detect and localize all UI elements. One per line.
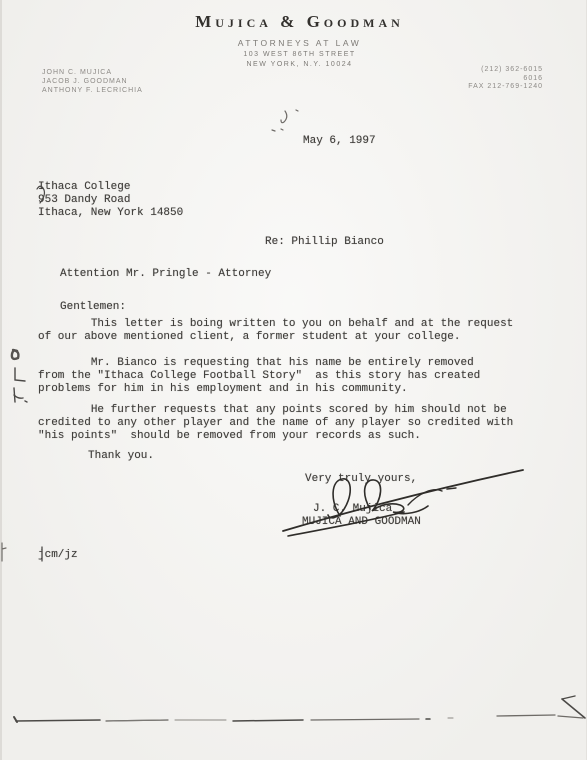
recipient-address: Ithaca College953 Dandy RoadIthaca, New … xyxy=(38,181,183,220)
recipient-name: Ithaca College xyxy=(38,181,183,194)
firm-tagline: ATTORNEYS AT LAW xyxy=(12,38,587,48)
body-paragraph-1: This letter is boing written to you on b… xyxy=(38,318,513,344)
recipient-street: 953 Dandy Road xyxy=(38,194,183,207)
phone-list: (212) 362-6015 6016 FAX 212-769-1240 xyxy=(468,66,543,92)
recipient-city: Ithaca, New York 14850 xyxy=(38,207,183,220)
re-line: Re: Phillip Bianco xyxy=(265,236,384,249)
signer-firm: MUJICA AND GOODMAN xyxy=(302,516,421,529)
attorney-name: ANTHONY F. LECRICHIA xyxy=(42,86,143,95)
scanned-letter-page: Mujica & Goodman ATTORNEYS AT LAW 103 WE… xyxy=(0,0,587,760)
bottom-scan-line xyxy=(14,696,585,722)
letterhead: Mujica & Goodman ATTORNEYS AT LAW 103 WE… xyxy=(0,12,587,68)
phone-line: FAX 212-769-1240 xyxy=(468,83,543,92)
salutation: Gentlemen: xyxy=(60,301,126,314)
attorney-name: JACOB J. GOODMAN xyxy=(42,77,143,86)
firm-name: Mujica & Goodman xyxy=(12,12,587,32)
attention-line: Attention Mr. Pringle - Attorney xyxy=(60,268,271,281)
valediction: Very truly yours, xyxy=(305,473,417,486)
ink-smudge xyxy=(272,110,298,131)
phone-line: 6016 xyxy=(468,75,543,84)
body-paragraph-3: He further requests that any points scor… xyxy=(38,404,513,443)
attorney-name: JOHN C. MUJICA xyxy=(42,68,143,77)
attorney-list: JOHN C. MUJICA JACOB J. GOODMAN ANTHONY … xyxy=(42,68,143,95)
date-line: May 6, 1997 xyxy=(303,135,376,148)
signer-name: J. C. Mujica xyxy=(313,503,392,516)
margin-marks xyxy=(2,350,42,561)
firm-address-line1: 103 WEST 86TH STREET xyxy=(12,51,587,58)
phone-line: (212) 362-6015 xyxy=(468,66,543,75)
thank-you-line: Thank you. xyxy=(88,450,154,463)
body-paragraph-2: Mr. Bianco is requesting that his name b… xyxy=(38,357,480,396)
reference-initials: jcm/jz xyxy=(38,549,78,562)
